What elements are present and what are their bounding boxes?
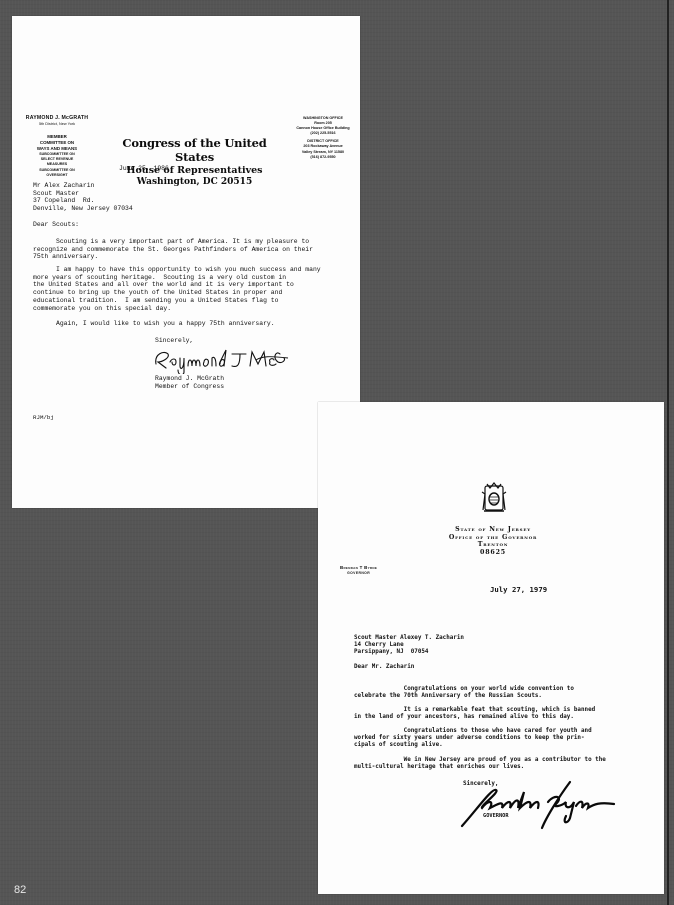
letter-date: June 25, 1986 [119,165,169,172]
signature-mcgrath [150,344,290,374]
sender-info: RAYMOND J. McGRATH 5th District, New Yor… [18,115,96,178]
salutation: Dear Mr. Zacharin [354,664,414,671]
governor-letterhead: State of New Jersey Office of the Govern… [378,526,608,556]
subcommittee-line: OVERSIGHT [18,173,96,178]
recipient-address: Mr Alex Zacharin Scout Master 37 Copelan… [33,182,133,213]
letterhead-line: State of New Jersey [378,526,608,534]
letterhead-line: Office of the Governor [378,534,608,542]
governor-name: Brendan T Byrne [340,565,377,570]
recipient-address: Scout Master Alexey T. Zacharin 14 Cherr… [354,635,464,656]
governor-letter: State of New Jersey Office of the Govern… [318,402,664,894]
body-paragraph: Again, I would like to wish you a happy … [33,320,275,328]
signature-byrne [458,778,618,830]
body-paragraph: We in New Jersey are proud of you as a c… [354,757,606,771]
congress-letterhead: Congress of the United States House of R… [102,136,287,187]
governor-info: Brendan T Byrne GOVERNOR [340,565,377,575]
congress-letter: RAYMOND J. McGRATH 5th District, New Yor… [12,16,360,508]
state-seal-icon [478,482,510,514]
governor-title: GOVERNOR [340,571,377,575]
signer-name: Raymond J. McGrath [155,375,224,383]
page-number: 82 [14,884,26,896]
subcommittee-line: MEASURES [18,162,96,167]
washington-office: WASHINGTON OFFICE Room 205 Cannon House … [290,116,356,136]
binding-rule [667,0,669,905]
salutation: Dear Scouts: [33,221,79,229]
body-paragraph: I am happy to have this opportunity to w… [33,266,321,312]
letter-date: July 27, 1979 [490,585,547,594]
body-paragraph: Congratulations on your world wide conve… [354,686,574,700]
signer-block: Raymond J. McGrath Member of Congress [155,375,224,391]
sender-district: 5th District, New York [18,122,96,126]
body-paragraph: Congratulations to those who have cared … [354,728,592,749]
letterhead-line: Trenton [378,541,608,549]
district-office: DISTRICT OFFICE 203 Rockaway Avenue Vall… [290,139,356,159]
signer-title: GOVERNOR [483,813,509,819]
reference-initials: RJM/bj [33,414,54,421]
signer-title: Member of Congress [155,383,224,391]
letterhead-line: 08625 [378,549,608,557]
office-addresses: WASHINGTON OFFICE Room 205 Cannon House … [290,116,356,163]
sender-name: RAYMOND J. McGRATH [18,115,96,121]
letterhead-line: Congress of the United States [102,136,287,164]
body-paragraph: It is a remarkable feat that scouting, w… [354,707,595,721]
body-paragraph: Scouting is a very important part of Ame… [33,238,313,261]
